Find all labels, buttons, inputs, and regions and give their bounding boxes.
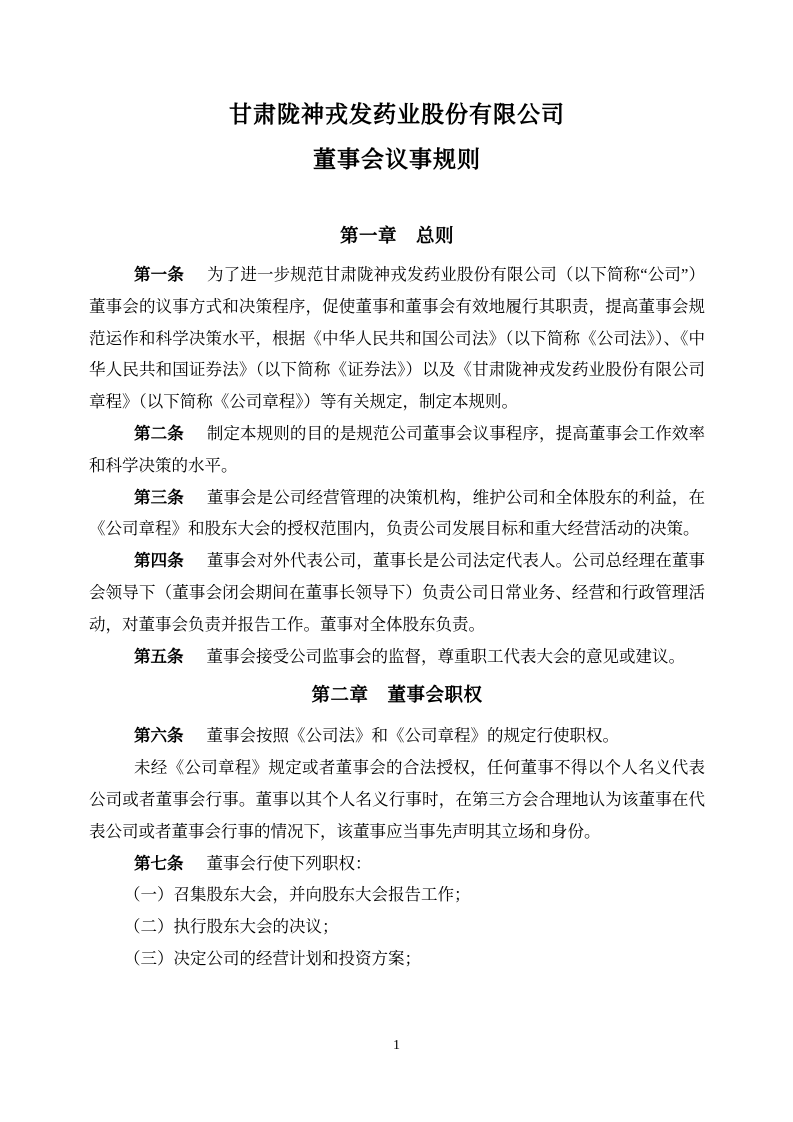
article-4-number: 第四条 bbox=[134, 551, 184, 570]
article-1-text: 为了进一步规范甘肃陇神戎发药业股份有限公司（以下简称“公司”）董事会的议事方式和… bbox=[89, 265, 705, 411]
article-2-number: 第二条 bbox=[134, 424, 184, 443]
article-7: 第七条董事会行使下列职权： bbox=[89, 848, 705, 880]
article-7-item-2: （二）执行股东大会的决议； bbox=[89, 911, 705, 943]
chapter-1-heading: 第一章 总则 bbox=[89, 221, 705, 253]
article-7-item-1: （一）召集股东大会，并向股东大会报告工作； bbox=[89, 879, 705, 911]
article-1-number: 第一条 bbox=[134, 265, 184, 284]
article-6-text: 董事会按照《公司法》和《公司章程》的规定行使职权。 bbox=[207, 726, 620, 745]
article-4: 第四条董事会对外代表公司，董事长是公司法定代表人。公司总经理在董事会领导下（董事… bbox=[89, 545, 705, 640]
article-6-paragraph-2: 未经《公司章程》规定或者董事会的合法授权，任何董事不得以个人名义代表公司或者董事… bbox=[89, 752, 705, 847]
document-title: 甘肃陇神戎发药业股份有限公司 bbox=[89, 92, 705, 137]
article-6: 第六条董事会按照《公司法》和《公司章程》的规定行使职权。 bbox=[89, 720, 705, 752]
article-2: 第二条制定本规则的目的是规范公司董事会议事程序，提高董事会工作效率和科学决策的水… bbox=[89, 418, 705, 482]
article-5-number: 第五条 bbox=[134, 647, 184, 666]
article-3-number: 第三条 bbox=[134, 488, 184, 507]
article-7-item-3: （三）决定公司的经营计划和投资方案； bbox=[89, 943, 705, 975]
article-1: 第一条为了进一步规范甘肃陇神戎发药业股份有限公司（以下简称“公司”）董事会的议事… bbox=[89, 259, 705, 418]
article-5: 第五条董事会接受公司监事会的监督，尊重职工代表大会的意见或建议。 bbox=[89, 641, 705, 673]
article-7-text: 董事会行使下列职权： bbox=[207, 854, 372, 873]
document-subtitle: 董事会议事规则 bbox=[89, 137, 705, 182]
article-6-number: 第六条 bbox=[134, 726, 184, 745]
chapter-2-heading: 第二章 董事会职权 bbox=[89, 680, 705, 712]
article-3: 第三条董事会是公司经营管理的决策机构，维护公司和全体股东的利益，在《公司章程》和… bbox=[89, 482, 705, 546]
article-7-number: 第七条 bbox=[134, 854, 184, 873]
document-page: 甘肃陇神戎发药业股份有限公司 董事会议事规则 第一章 总则 第一条为了进一步规范… bbox=[0, 0, 793, 1122]
page-number-footer: 1 bbox=[0, 1036, 793, 1056]
article-5-text: 董事会接受公司监事会的监督，尊重职工代表大会的意见或建议。 bbox=[207, 647, 686, 666]
